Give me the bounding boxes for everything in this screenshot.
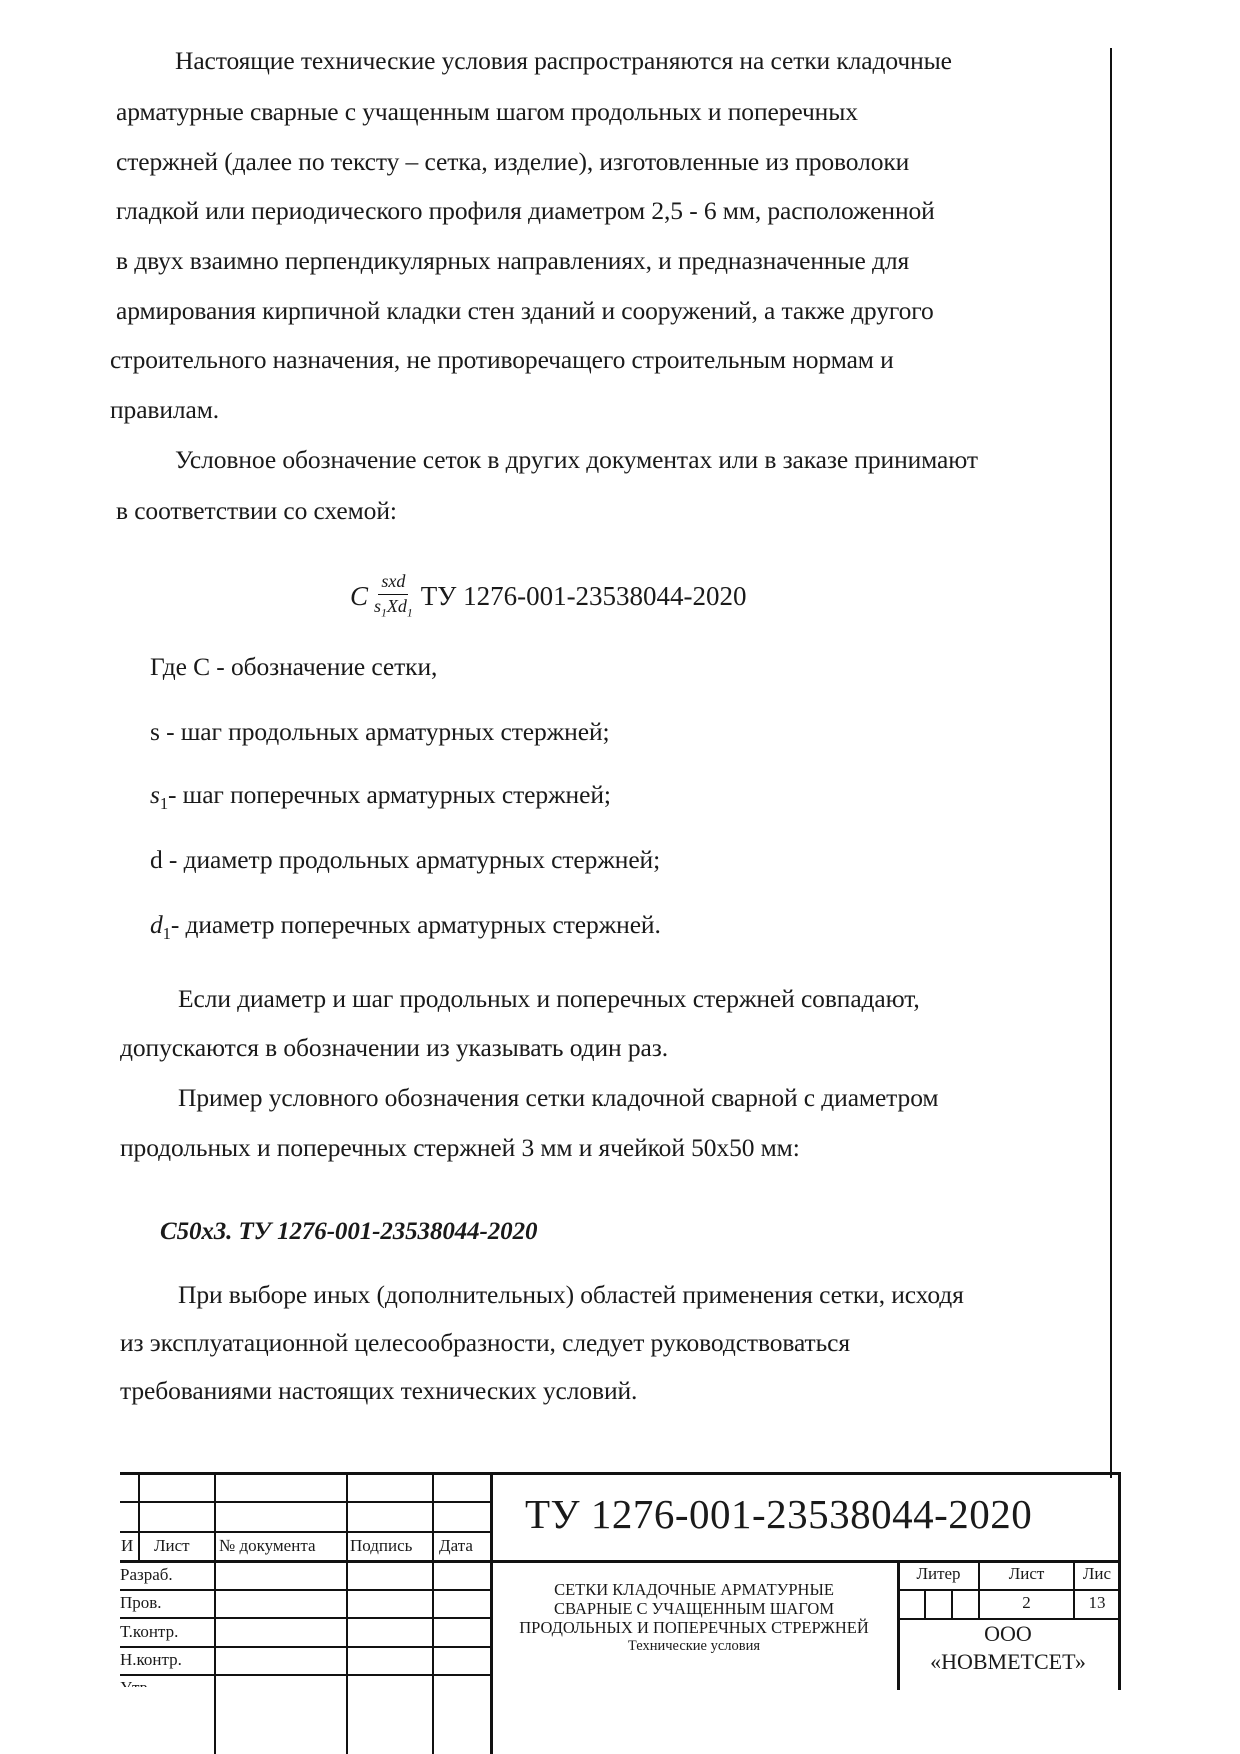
example-designation: С50х3. ТУ 1276-001-23538044-2020	[160, 1218, 537, 1246]
sheets-label: Лис	[1075, 1564, 1119, 1584]
liter-label: Литер	[899, 1564, 978, 1584]
legend-intro: Где С - обозначение сетки,	[150, 652, 437, 682]
paragraph-other-line-2: из эксплуатационной целесообразности, сл…	[120, 1328, 850, 1358]
paragraph-same-line-1: Если диаметр и шаг продольных и поперечн…	[178, 984, 920, 1014]
header-izm: И	[121, 1536, 133, 1556]
role-checked: Пров.	[120, 1593, 162, 1613]
formula-symbol: C	[350, 581, 368, 612]
grid-line	[120, 1560, 1120, 1563]
grid-line	[951, 1589, 953, 1618]
designation-formula: C sxd s1Xd1 ТУ 1276-001-23538044-2020	[350, 572, 747, 620]
formula-suffix: ТУ 1276-001-23538044-2020	[421, 581, 747, 612]
legend-item: s1- шаг поперечных арматурных стержней;	[150, 780, 611, 814]
formula-denominator: s1Xd1	[374, 595, 413, 620]
sheet-number: 2	[980, 1593, 1073, 1613]
header-list: Лист	[154, 1536, 190, 1556]
formula-fraction: sxd s1Xd1	[374, 572, 413, 620]
grid-line	[432, 1472, 434, 1754]
grid-line	[346, 1472, 348, 1754]
paragraph-2-line-1: Условное обозначение сеток в других доку…	[175, 445, 978, 475]
paragraph-example-line-1: Пример условного обозначения сетки кладо…	[178, 1083, 938, 1113]
grid-line	[120, 1589, 490, 1591]
paragraph-1-line-6: армирования кирпичной кладки стен зданий…	[116, 296, 934, 326]
grid-line	[924, 1589, 926, 1618]
grid-line	[120, 1674, 490, 1676]
grid-line	[120, 1501, 490, 1503]
paragraph-1-line-2: арматурные сварные с учащенным шагом про…	[116, 97, 858, 127]
role-norm-control: Н.контр.	[120, 1650, 182, 1670]
paragraph-other-line-3: требованиями настоящих технических услов…	[120, 1376, 637, 1406]
formula-numerator: sxd	[378, 572, 408, 595]
legend-item: d - диаметр продольных арматурных стержн…	[150, 845, 660, 875]
sheet-label: Лист	[980, 1564, 1073, 1584]
grid-line	[120, 1646, 490, 1648]
grid-line	[138, 1472, 140, 1560]
sheets-total: 13	[1075, 1593, 1119, 1613]
organization: ООО «НОВМЕТСЕТ»	[897, 1620, 1119, 1676]
paragraph-other-line-1: При выборе иных (дополнительных) областе…	[178, 1280, 964, 1310]
paragraph-1-line-7: строительного назначения, не противореча…	[110, 345, 894, 375]
grid-line	[120, 1617, 490, 1619]
role-approved: Утв.	[120, 1678, 152, 1698]
legend-item: s - шаг продольных арматурных стержней;	[150, 717, 609, 747]
grid-line	[897, 1589, 1119, 1591]
role-tech-control: Т.контр.	[120, 1622, 178, 1642]
paragraph-example-line-2: продольных и поперечных стержней 3 мм и …	[120, 1133, 800, 1163]
product-subtitle: Технические условия	[490, 1637, 898, 1656]
header-doc-no: № документа	[219, 1536, 316, 1556]
title-block-top-border	[120, 1472, 1120, 1475]
paragraph-2-line-2: в соответствии со схемой:	[116, 496, 397, 526]
paragraph-1-line-3: стержней (далее по тексту – сетка, издел…	[116, 147, 909, 177]
paragraph-same-line-2: допускаются в обозначении из указывать о…	[120, 1033, 668, 1063]
grid-line	[214, 1472, 216, 1754]
product-name: СЕТКИ КЛАДОЧНЫЕ АРМАТУРНЫЕ СВАРНЫЕ С УЧА…	[490, 1580, 898, 1656]
paragraph-1-line-5: в двух взаимно перпендикулярных направле…	[116, 246, 909, 276]
grid-line	[120, 1531, 490, 1533]
page-frame-right-border	[1110, 48, 1112, 1478]
legend-item: d1- диаметр поперечных арматурных стержн…	[150, 910, 661, 944]
paragraph-1-line-1: Настоящие технические условия распростра…	[175, 46, 952, 76]
role-developer: Разраб.	[120, 1565, 173, 1585]
header-signature: Подпись	[350, 1536, 412, 1556]
header-date: Дата	[439, 1536, 473, 1556]
paragraph-1-line-8: правилам.	[110, 395, 219, 425]
paragraph-1-line-4: гладкой или периодического профиля диаме…	[116, 196, 935, 226]
title-block-designation: ТУ 1276-001-23538044-2020	[525, 1490, 1032, 1538]
